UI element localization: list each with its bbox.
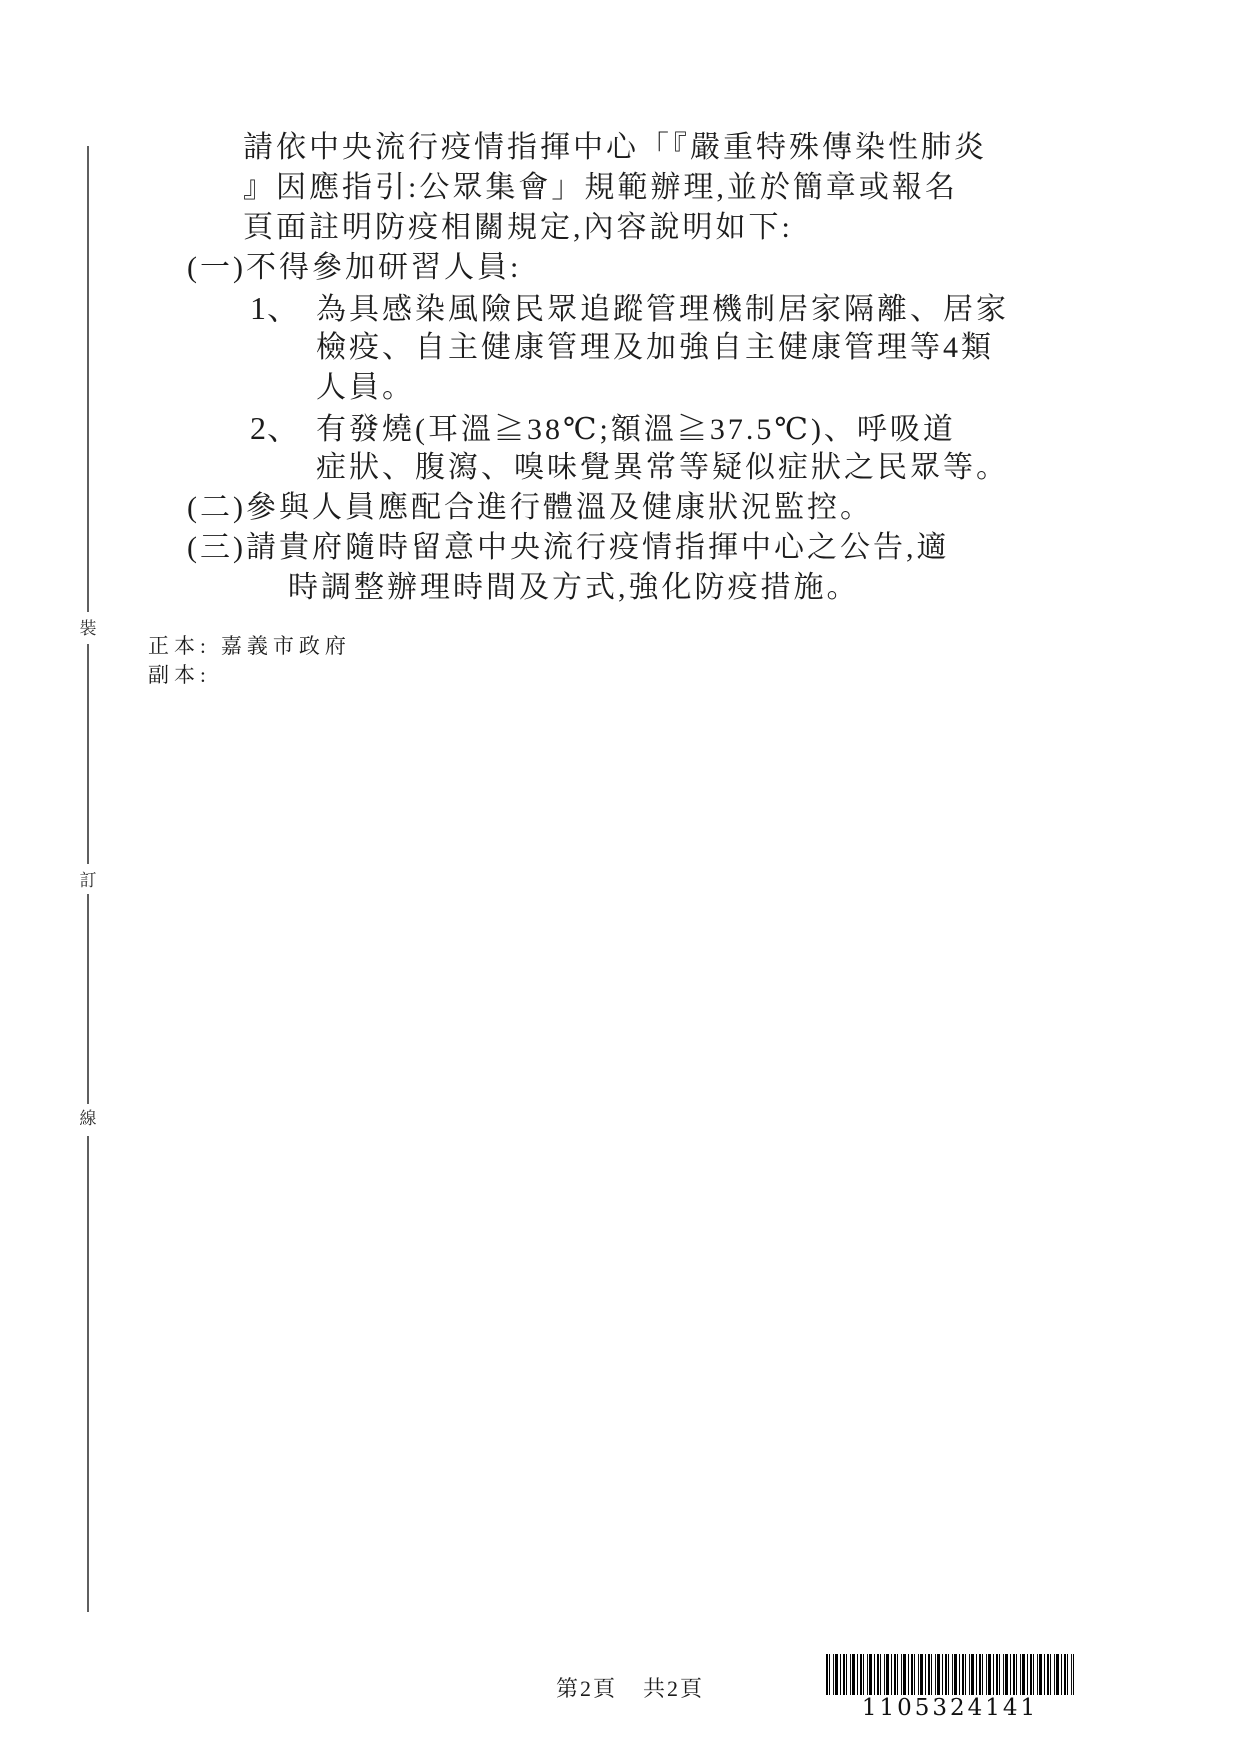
binding-mark-xian: 線 [70, 1104, 106, 1129]
doc-line: 請依中央流行疫情指揮中心「『嚴重特殊傳染性肺炎 [243, 128, 1241, 168]
binding-line-segment [87, 894, 89, 1104]
document-page: 裝 訂 線 請依中央流行疫情指揮中心「『嚴重特殊傳染性肺炎 』因應指引:公眾集會… [0, 0, 1241, 1753]
doc-line-text: 請依中央流行疫情指揮中心「『嚴重特殊傳染性肺炎 [243, 131, 987, 164]
doc-line-item-2: (二)參與人員應配合進行體溫及健康狀況監控。 [187, 488, 1241, 528]
doc-line: 』因應指引:公眾集會」規範辦理,並於簡章或報名 [243, 168, 1241, 208]
barcode-number: 1105324141 [826, 1695, 1074, 1721]
doc-line-text: (三)請貴府隨時留意中央流行疫情指揮中心之公告,適 [187, 531, 949, 564]
page-number-info: 第2頁共2頁 [556, 1672, 704, 1703]
binding-line-segment [87, 1136, 89, 1612]
original-copy-label: 正本: [148, 634, 211, 658]
doc-line-text: (二)參與人員應配合進行體溫及健康狀況監控。 [187, 491, 873, 524]
document-body: 請依中央流行疫情指揮中心「『嚴重特殊傳染性肺炎 』因應指引:公眾集會」規範辦理,… [0, 128, 1241, 608]
doc-line-text: (一)不得參加研習人員: [187, 251, 521, 284]
barcode-image [826, 1654, 1074, 1695]
doc-line-text: 時調整辦理時間及方式,強化防疫措施。 [288, 571, 860, 604]
cc-copy-row: 副本: [148, 661, 351, 690]
doc-line: 時調整辦理時間及方式,強化防疫措施。 [288, 568, 1241, 608]
barcode-block: 1105324141 [826, 1654, 1074, 1721]
doc-line-text: 人員。 [316, 371, 415, 404]
doc-line: 人員。 [316, 368, 1241, 408]
cc-copy-label: 副本: [148, 663, 211, 687]
doc-line: 頁面註明防疫相關規定,內容說明如下: [243, 208, 1241, 248]
original-copy-value: 嘉義市政府 [221, 634, 351, 658]
item-number: 1、 [250, 288, 316, 328]
total-pages-label: 共2頁 [643, 1676, 704, 1701]
doc-line-text: 有發燒(耳溫≧38℃;額溫≧37.5℃)、呼吸道 [316, 413, 956, 446]
binding-line-segment [87, 644, 89, 864]
binding-mark-zhuang: 裝 [70, 614, 106, 639]
current-page-label: 第2頁 [556, 1676, 617, 1701]
doc-line-item-3: (三)請貴府隨時留意中央流行疫情指揮中心之公告,適 [187, 528, 1241, 568]
doc-line-text: 』因應指引:公眾集會」規範辦理,並於簡章或報名 [243, 171, 958, 204]
binding-mark-ding: 訂 [70, 866, 106, 891]
doc-line-item-1: (一)不得參加研習人員: [187, 248, 1241, 288]
doc-line-text: 症狀、腹瀉、嗅味覺異常等疑似症狀之民眾等。 [316, 451, 1009, 484]
doc-line: 檢疫、自主健康管理及加強自主健康管理等4類 [316, 328, 1241, 368]
copies-block: 正本:嘉義市政府 副本: [148, 632, 351, 690]
doc-line: 症狀、腹瀉、嗅味覺異常等疑似症狀之民眾等。 [316, 448, 1241, 488]
doc-line-subitem-2: 2、有發燒(耳溫≧38℃;額溫≧37.5℃)、呼吸道 [250, 408, 1241, 448]
original-copy-row: 正本:嘉義市政府 [148, 632, 351, 661]
doc-line-text: 檢疫、自主健康管理及加強自主健康管理等4類 [316, 331, 994, 364]
doc-line-text: 為具感染風險民眾追蹤管理機制居家隔離、居家 [316, 293, 1009, 326]
item-number: 2、 [250, 408, 316, 448]
doc-line-text: 頁面註明防疫相關規定,內容說明如下: [243, 211, 793, 244]
doc-line-subitem-1: 1、為具感染風險民眾追蹤管理機制居家隔離、居家 [250, 288, 1241, 328]
